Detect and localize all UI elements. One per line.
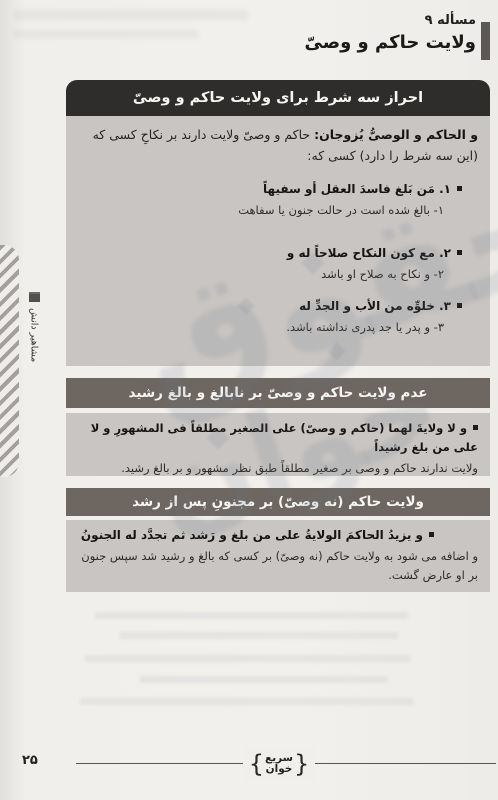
bullet-icon (457, 303, 462, 308)
persian-translation: ۳- و پدر یا جد پدری نداشته باشد. (78, 318, 444, 337)
list-item: ۲. مع کون النکاح صلاحاً له و ۲- و نکاح ب… (78, 244, 478, 284)
book-page: مسأله ۹ ولایت حاکم و وصیّ احراز سه شرط ب… (0, 0, 498, 800)
issue-label: مسأله ۹ (304, 12, 476, 30)
bleed-through-line (85, 655, 410, 662)
bleed-through-line (95, 612, 408, 619)
arabic-rule-line: ۱. مَن بَلغ فاسدَ العقل أو سفیهاً (78, 180, 462, 199)
list-item: ۳. خلوِّه من الأب و الجدِّ له ۳- و پدر ی… (78, 297, 478, 337)
arabic-rule-line: ۳. خلوِّه من الأب و الجدِّ له (78, 297, 462, 316)
arabic-rule-text: ۳. خلوِّه من الأب و الجدِّ له (299, 299, 451, 313)
publisher-side-caption: مشاهیر دانش (27, 292, 41, 366)
publisher-logo-line2: خوان (266, 764, 293, 775)
bullet-icon (429, 532, 434, 537)
arabic-rule-text: ۲. مع کون النکاح صلاحاً له و (287, 246, 451, 260)
page-title: ولایت حاکم و وصیّ (304, 30, 476, 55)
section-1-header-bar: احراز سه شرط برای ولایت حاکم و وصیّ (66, 80, 490, 116)
bullet-icon (457, 186, 462, 191)
persian-translation: ۱- بالغ شده است در حالت جنون یا سفاهت (78, 201, 444, 220)
arabic-rule-line: و لا ولایةَ لهما (حاکم و وصیّ) علی الصغی… (78, 419, 478, 457)
arabic-rule-line: و یزیدُ الحاکمَ الولایةُ علی من بلغ و رَ… (78, 526, 434, 545)
arabic-rule-text: و لا ولایةَ لهما (حاکم و وصیّ) علی الصغی… (91, 421, 478, 454)
section-3-body-panel: و یزیدُ الحاکمَ الولایةُ علی من بلغ و رَ… (66, 520, 490, 592)
section-2-body-panel: و لا ولایةَ لهما (حاکم و وصیّ) علی الصغی… (66, 413, 490, 476)
intro-arabic-lead: و الحاکم و الوصیُّ یُزوجان: (314, 127, 478, 142)
arabic-rule-text: ۱. مَن بَلغ فاسدَ العقل أو سفیهاً (263, 182, 451, 196)
page-header: مسأله ۹ ولایت حاکم و وصیّ (304, 12, 476, 55)
bleed-through-smudge (14, 30, 198, 38)
header-accent-bar (481, 22, 490, 60)
section-1-body-panel: و الحاکم و الوصیُّ یُزوجان: حاکم و وصیّ … (66, 116, 490, 366)
side-index-tab (0, 245, 19, 477)
section-2-header-bar: عدم ولایت حاکم و وصیّ بر نابالغ و بالغ ر… (66, 378, 490, 408)
logo-brace-right: { (294, 749, 309, 779)
bleed-through-line (120, 632, 398, 639)
persian-translation: و اضافه می شود به ولایت حاکم (نه وصیّ) ب… (78, 547, 478, 585)
publisher-tab-label: مشاهیر دانش (29, 308, 40, 362)
arabic-rule-line: ۲. مع کون النکاح صلاحاً له و (78, 244, 462, 263)
bullet-icon (457, 250, 462, 255)
section-3-header-bar: ولایت حاکم (نه وصیّ) بر مجنونِ پس از رشد (66, 488, 490, 516)
logo-brace-left: } (249, 749, 264, 779)
publisher-logo-words: سریع خوان (265, 753, 293, 775)
page-footer: ۲۵ { سریع خوان } (0, 746, 498, 786)
bullet-icon (473, 425, 478, 430)
bleed-through-line (140, 676, 388, 683)
intro-paragraph: و الحاکم و الوصیُّ یُزوجان: حاکم و وصیّ … (78, 124, 478, 166)
list-item: ۱. مَن بَلغ فاسدَ العقل أو سفیهاً ۱- بال… (78, 180, 478, 220)
bleed-through-smudge (14, 10, 248, 20)
publisher-logo: { سریع خوان } (243, 747, 315, 781)
arabic-rule-text: و یزیدُ الحاکمَ الولایةُ علی من بلغ و رَ… (81, 528, 423, 542)
page-number: ۲۵ (22, 753, 38, 768)
persian-translation: ۲- و نکاح به صلاح او باشد (78, 265, 444, 284)
bleed-through-line (80, 698, 413, 705)
persian-translation: ولایت ندارند حاکم و وصی بر صغیر مطلقاً ط… (78, 459, 478, 476)
content-box: احراز سه شرط برای ولایت حاکم و وصیّ و ال… (66, 80, 490, 592)
book-icon (29, 292, 40, 302)
